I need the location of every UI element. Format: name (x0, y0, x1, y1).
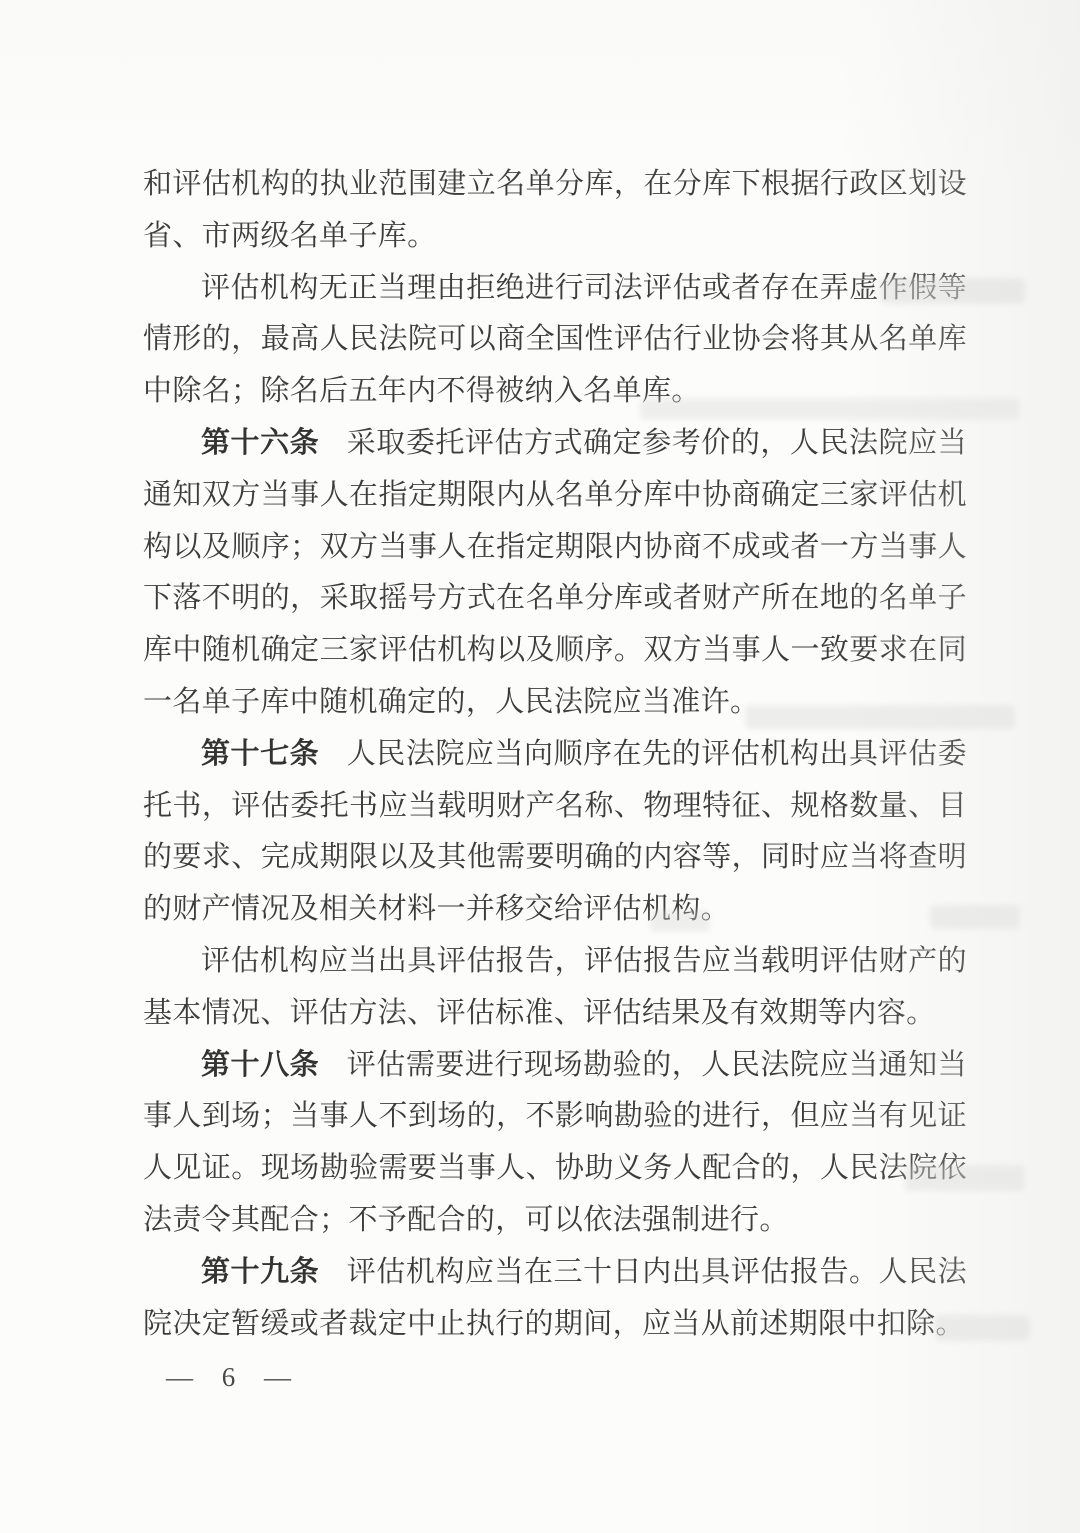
paragraph-article-16: 第十六条采取委托评估方式确定参考价的，人民法院应当通知双方当事人在指定期限内从名… (143, 418, 967, 729)
paragraph-continuation: 和评估机构的执业范围建立名单分库，在分库下根据行政区划设省、市两级名单子库。 (143, 159, 967, 263)
article-number: 第十九条 (201, 1256, 319, 1288)
paragraph: 评估机构应当出具评估报告，评估报告应当载明评估财产的基本情况、评估方法、评估标准… (143, 936, 967, 1040)
article-number: 第十七条 (201, 738, 319, 770)
document-page: 和评估机构的执业范围建立名单分库，在分库下根据行政区划设省、市两级名单子库。 评… (0, 0, 1080, 1533)
paragraph-article-17: 第十七条人民法院应当向顺序在先的评估机构出具评估委托书，评估委托书应当载明财产名… (143, 729, 967, 936)
paragraph-text: 评估机构应当出具评估报告，评估报告应当载明评估财产的基本情况、评估方法、评估标准… (143, 945, 967, 1029)
paragraph-text: 采取委托评估方式确定参考价的，人民法院应当通知双方当事人在指定期限内从名单分库中… (143, 427, 967, 718)
paragraph: 评估机构无正当理由拒绝进行司法评估或者存在弄虚作假等情形的，最高人民法院可以商全… (143, 263, 967, 418)
paragraph-text: 和评估机构的执业范围建立名单分库，在分库下根据行政区划设省、市两级名单子库。 (143, 168, 967, 252)
page-number: — 6 — (166, 1362, 293, 1393)
paragraph-text: 评估机构无正当理由拒绝进行司法评估或者存在弄虚作假等情形的，最高人民法院可以商全… (143, 272, 967, 408)
paragraph-article-19: 第十九条评估机构应当在三十日内出具评估报告。人民法院决定暂缓或者裁定中止执行的期… (143, 1247, 967, 1351)
article-number: 第十八条 (201, 1049, 319, 1081)
article-number: 第十六条 (201, 427, 319, 459)
paragraph-article-18: 第十八条评估需要进行现场勘验的，人民法院应当通知当事人到场；当事人不到场的，不影… (143, 1040, 967, 1247)
document-body: 和评估机构的执业范围建立名单分库，在分库下根据行政区划设省、市两级名单子库。 评… (143, 159, 967, 1350)
